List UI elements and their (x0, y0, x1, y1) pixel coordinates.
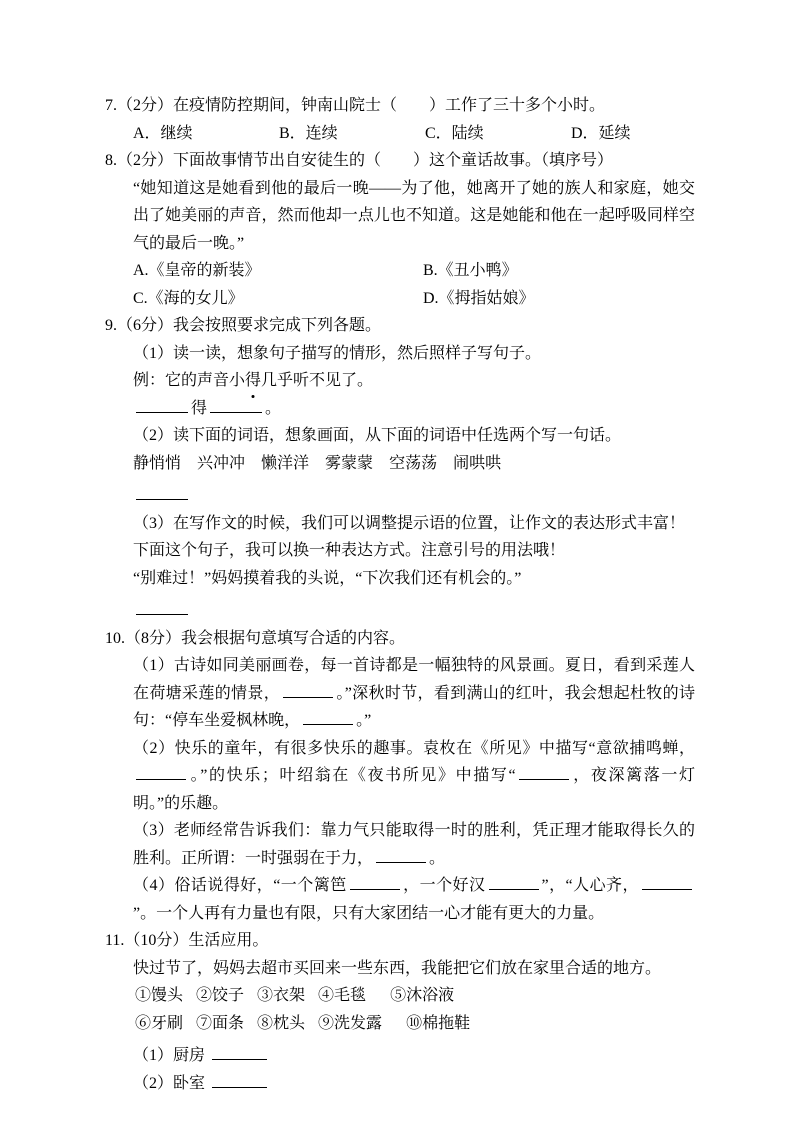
text-segment: 10.（8分）我会根据句意填写合适的内容。 (105, 630, 405, 647)
question-11-items-row-2: ⑥牙刷⑦面条⑧枕头⑨洗发露⑩棉拖鞋 (135, 1010, 695, 1038)
list-item: ⑦面条 (196, 1010, 244, 1038)
question-11-heading: 11.（10分）生活应用。 (105, 927, 695, 955)
option-item: B.《丑小鸭》 (423, 257, 695, 285)
answer-blank (136, 764, 186, 780)
answer-blank (212, 1044, 267, 1060)
question-9-example: 例：它的声音小得几乎听不见了。 (133, 367, 695, 395)
question-9-part-3-line-2: 下面这个句子，我可以换一种表达方式。注意引号的用法哦！ (133, 537, 695, 565)
text-segment: 。 (429, 850, 445, 867)
answer-blank (136, 397, 188, 413)
text-segment: 11.（10分）生活应用。 (105, 932, 268, 949)
answer-blank (350, 874, 400, 890)
list-item: 雾蒙蒙 (325, 450, 373, 478)
question-11-part-1: （1）厨房 (133, 1042, 695, 1070)
text-segment: “她知道这是她看到他的最后一晚——为了他，她离开了她的族人和家庭，她交出了她美丽… (133, 180, 695, 252)
text-segment: （2）卧室 (133, 1075, 209, 1092)
text-segment: 几乎听不见了。 (261, 372, 373, 389)
text-segment: 。” (356, 712, 371, 729)
text-segment: 。”的快乐；叶绍翁在《夜书所见》中描写“ (189, 767, 516, 784)
question-9-heading: 9.（6分）我会按照要求完成下列各题。 (105, 312, 695, 340)
answer-blank (519, 764, 569, 780)
question-8-options-row-1: A.《皇帝的新装》B.《丑小鸭》 (133, 257, 695, 285)
list-item: ②饺子 (196, 982, 244, 1010)
answer-blank (642, 874, 692, 890)
text-segment: （1）厨房 (133, 1047, 209, 1064)
question-10-part-4: （4）俗话说得好，“一个篱笆，一个好汉”，“人心齐，”。一个人再有力量也有限，只… (133, 872, 695, 927)
question-11-part-2: （2）卧室 (133, 1070, 695, 1098)
answer-blank (212, 1072, 267, 1088)
text-segment: 9.（6分）我会按照要求完成下列各题。 (105, 317, 381, 334)
text-segment: ”。一个人再有力量也有限，只有大家团结一心才能有更大的力量。 (133, 905, 604, 922)
text-segment: ”，“人心齐， (542, 877, 640, 894)
text-segment: （2）快乐的童年，有很多快乐的趣事。袁枚在《所见》中描写“意欲捕鸣蝉， (133, 740, 695, 757)
list-item: ④毛毯 (318, 982, 366, 1010)
option-item: A.《皇帝的新装》 (133, 257, 423, 285)
text-segment: （4）俗话说得好，“一个篱笆 (133, 877, 347, 894)
text-segment: （2）读下面的词语，想象画面，从下面的词语中任选两个写一句话。 (133, 427, 621, 444)
text-segment: 8.（2分）下面故事情节出自安徒生的（ ）这个童话故事。（填序号） (105, 152, 613, 169)
list-item: ⑥牙刷 (135, 1010, 183, 1038)
question-9-part-1: （1）读一读，想象句子描写的情形，然后照样子写句子。 (133, 340, 695, 368)
question-9-answer-blank-line-2 (133, 597, 695, 625)
question-10-heading: 10.（8分）我会根据句意填写合适的内容。 (105, 625, 695, 653)
text-segment: 例：它的声音小 (133, 372, 245, 389)
option-item: D．延续 (571, 120, 695, 148)
question-11-intro: 快过节了，妈妈去超市买回来一些东西，我能把它们放在家里合适的地方。 (133, 955, 695, 983)
question-9-fill-line: 得。 (133, 395, 695, 423)
question-9-part-3: （3）在写作文的时候，我们可以调整提示语的位置，让作文的表达形式丰富！ (133, 510, 695, 538)
option-item: A．继续 (133, 120, 279, 148)
option-item: C．陆续 (425, 120, 571, 148)
text-segment: ，一个好汉 (403, 877, 486, 894)
list-item: ⑤沐浴液 (390, 982, 454, 1010)
list-item: 空荡荡 (389, 450, 437, 478)
question-7-heading: 7.（2分）在疫情防控期间，钟南山院士（ ）工作了三十多个小时。 (105, 92, 695, 120)
text-segment: 得 (191, 400, 207, 417)
question-10-part-1: （1）古诗如同美丽画卷，每一首诗都是一幅独特的风景画。夏日，看到采莲人在荷塘采莲… (133, 652, 695, 735)
list-item: ①馒头 (135, 982, 183, 1010)
text-segment: “别难过！”妈妈摸着我的头说，“下次我们还有机会的。” (133, 570, 521, 587)
text-segment: 下面这个句子，我可以换一种表达方式。注意引号的用法哦！ (133, 542, 565, 559)
list-item: 兴冲冲 (197, 450, 245, 478)
question-9-part-2: （2）读下面的词语，想象画面，从下面的词语中任选两个写一句话。 (133, 422, 695, 450)
text-segment: （3）在写作文的时候，我们可以调整提示语的位置，让作文的表达形式丰富！ (133, 515, 685, 532)
document-page: 7.（2分）在疫情防控期间，钟南山院士（ ）工作了三十多个小时。A．继续B．连续… (0, 0, 793, 1122)
text-segment: 7.（2分）在疫情防控期间，钟南山院士（ ）工作了三十多个小时。 (105, 97, 605, 114)
option-item: C.《海的女儿》 (133, 285, 423, 313)
answer-blank (283, 682, 333, 698)
text-segment: 快过节了，妈妈去超市买回来一些东西，我能把它们放在家里合适的地方。 (133, 960, 661, 977)
question-11-items-row-1: ①馒头②饺子③衣架④毛毯⑤沐浴液 (135, 982, 695, 1010)
answer-blank (376, 847, 426, 863)
text-segment: （1）读一读，想象句子描写的情形，然后照样子写句子。 (133, 345, 541, 362)
answer-blank (489, 874, 539, 890)
question-9-part-3-sentence: “别难过！”妈妈摸着我的头说，“下次我们还有机会的。” (133, 565, 695, 593)
question-8-heading: 8.（2分）下面故事情节出自安徒生的（ ）这个童话故事。（填序号） (105, 147, 695, 175)
answer-blank (210, 397, 262, 413)
option-item: B．连续 (279, 120, 425, 148)
text-segment: 。 (265, 400, 281, 417)
answer-blank (136, 599, 188, 615)
list-item: ⑧枕头 (257, 1010, 305, 1038)
question-7-options: A．继续B．连续C．陆续D．延续 (133, 120, 695, 148)
list-item: ⑩棉拖鞋 (406, 1010, 470, 1038)
answer-blank (136, 484, 188, 500)
question-10-part-2: （2）快乐的童年，有很多快乐的趣事。袁枚在《所见》中描写“意欲捕鸣蝉，。”的快乐… (133, 735, 695, 818)
list-item: ③衣架 (257, 982, 305, 1010)
list-item: 闹哄哄 (453, 450, 501, 478)
question-9-word-choices: 静悄悄兴冲冲懒洋洋雾蒙蒙空荡荡闹哄哄 (133, 450, 695, 478)
question-8-passage: “她知道这是她看到他的最后一晚——为了他，她离开了她的族人和家庭，她交出了她美丽… (133, 175, 695, 258)
emphasized-char: 得 (245, 367, 261, 395)
list-item: 静悄悄 (133, 450, 181, 478)
option-item: D.《拇指姑娘》 (423, 285, 695, 313)
question-8-options-row-2: C.《海的女儿》D.《拇指姑娘》 (133, 285, 695, 313)
list-item: ⑨洗发露 (318, 1010, 382, 1038)
list-item: 懒洋洋 (261, 450, 309, 478)
question-9-answer-blank-line-1 (133, 482, 695, 510)
question-10-part-3: （3）老师经常告诉我们：靠力气只能取得一时的胜利，凭正理才能取得长久的胜利。正所… (133, 817, 695, 872)
answer-blank (303, 709, 353, 725)
